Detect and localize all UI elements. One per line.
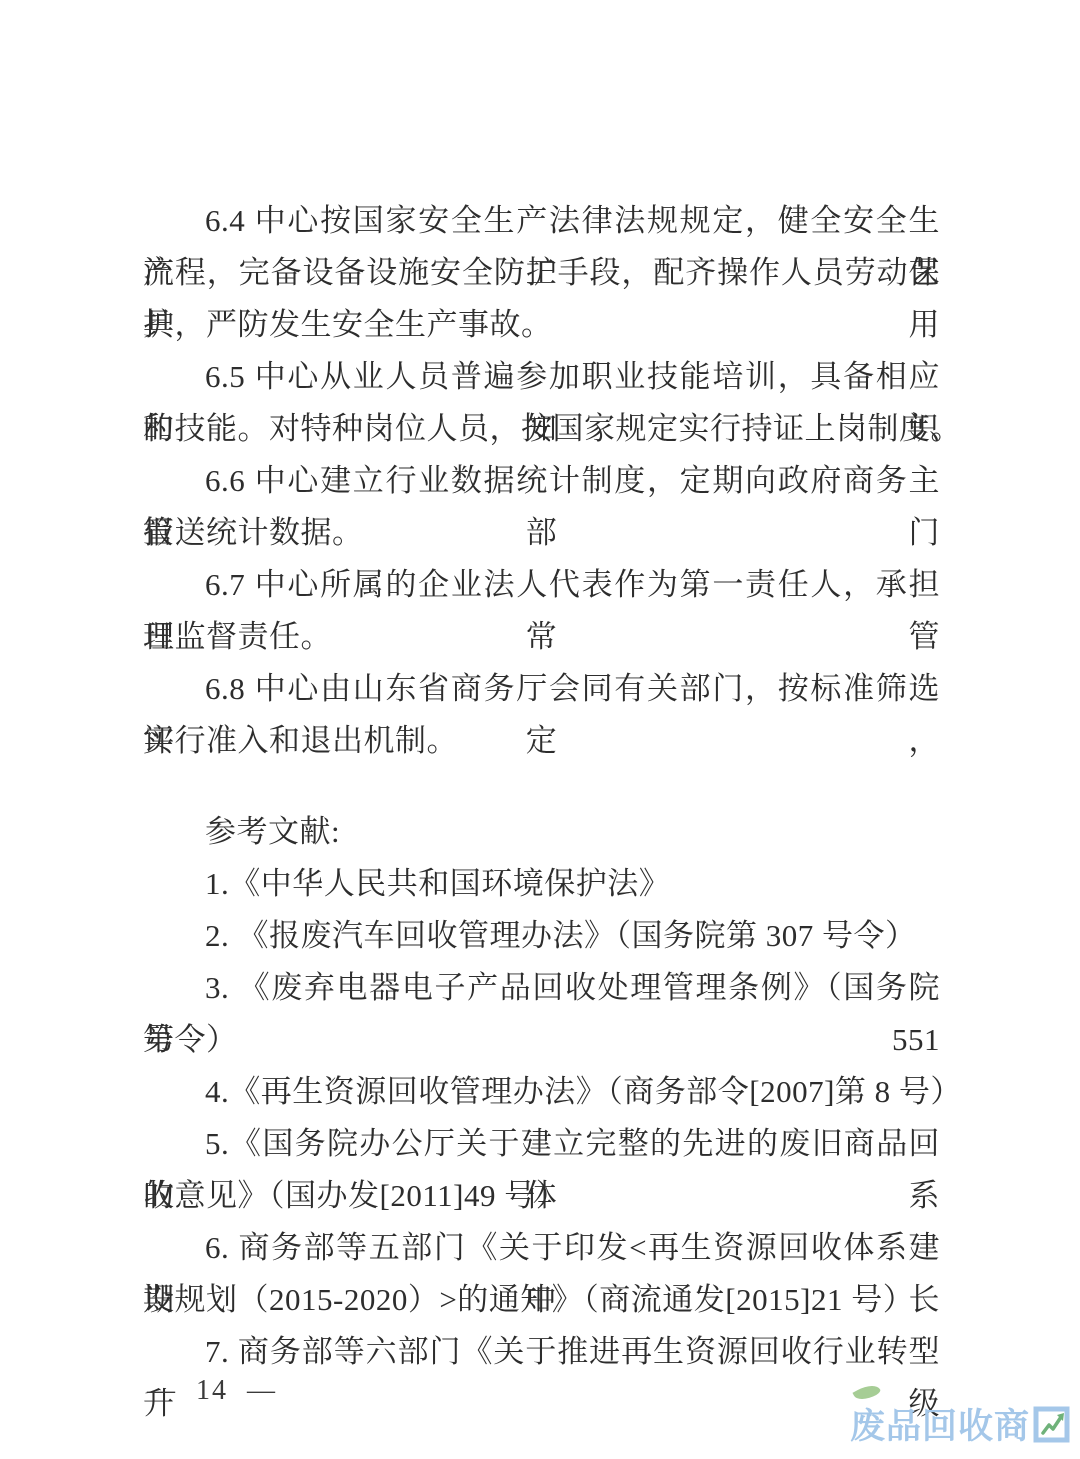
text-line: 6. 商务部等五部门《关于印发<再生资源回收体系建设中长: [143, 1222, 940, 1274]
watermark-brand-text: 废品回收商: [850, 1407, 1030, 1446]
text-line: 期规划（2015-2020）>的通知》（商流通发[2015]21 号）: [143, 1274, 940, 1326]
text-line: 1.《中华人民共和国环境保护法》: [143, 858, 940, 910]
text-line: 6.7 中心所属的企业法人代表作为第一责任人，承担日常管: [143, 559, 940, 611]
text-line: 3. 《废弃电器电子产品回收处理管理条例》（国务院第 551: [143, 962, 940, 1014]
text-line: 7. 商务部等六部门《关于推进再生资源回收行业转型升级: [143, 1326, 940, 1378]
document-body: 6.4 中心按国家安全生产法律法规规定，健全安全生产工艺流程，完备设备设施安全防…: [143, 195, 940, 1378]
text-line: [143, 767, 940, 806]
text-line: 参考文献:: [143, 806, 940, 858]
text-line: 6.6 中心建立行业数据统计制度，定期向政府商务主管部门: [143, 455, 940, 507]
page-number: — 14 —: [147, 1374, 277, 1408]
document-page: 6.4 中心按国家安全生产法律法规规定，健全安全生产工艺流程，完备设备设施安全防…: [0, 0, 1080, 1459]
text-line: 6.4 中心按国家安全生产法律法规规定，健全安全生产工艺: [143, 195, 940, 247]
watermark-logo: 废品回收商: [850, 1399, 1072, 1449]
text-line: 6.8 中心由山东省商务厅会同有关部门，按标准筛选评定，: [143, 663, 940, 715]
text-line: 2. 《报废汽车回收管理办法》（国务院第 307 号令）: [143, 910, 940, 962]
trend-chart-box-icon: [1032, 1404, 1072, 1444]
text-line: 流程，完备设备设施安全防护手段，配齐操作人员劳动保护用: [143, 247, 940, 299]
text-line: 5.《国务院办公厅关于建立完整的先进的废旧商品回收体系: [143, 1118, 940, 1170]
text-line: 4.《再生资源回收管理办法》（商务部令[2007]第 8 号）: [143, 1066, 940, 1118]
text-line: 6.5 中心从业人员普遍参加职业技能培训，具备相应的知识: [143, 351, 940, 403]
text-line: 和技能。对特种岗位人员，按国家规定实行持证上岗制度。: [143, 403, 940, 455]
